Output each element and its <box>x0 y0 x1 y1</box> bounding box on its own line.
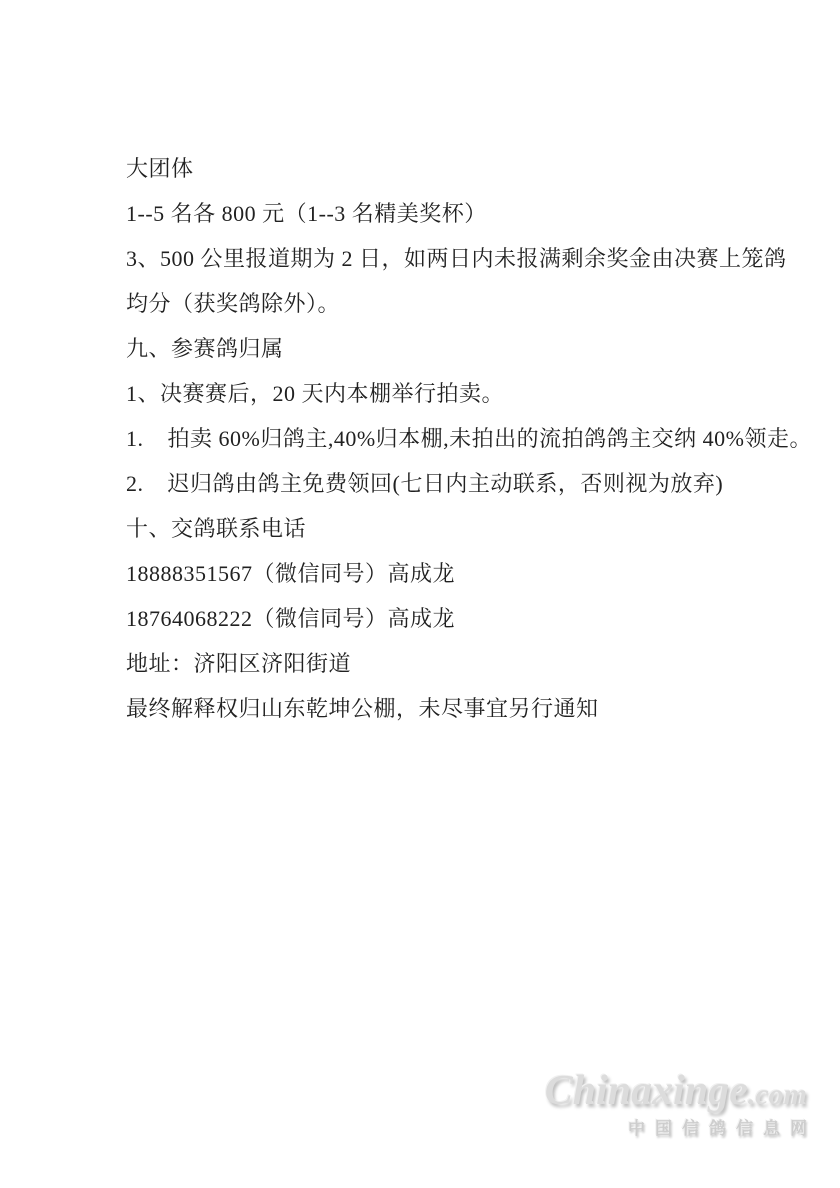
text-line: 18764068222（微信同号）高成龙 <box>126 596 726 641</box>
text-line: 九、参赛鸽归属 <box>126 326 726 371</box>
document-body: 大团体 1--5 名各 800 元（1--3 名精美奖杯） 3、500 公里报道… <box>126 146 726 731</box>
watermark-subtitle: 中国信鸽信息网 <box>545 1119 817 1139</box>
document-page: 大团体 1--5 名各 800 元（1--3 名精美奖杯） 3、500 公里报道… <box>0 0 840 1188</box>
watermark-logo: Chinaxinge.com <box>545 1070 807 1116</box>
text-line: 1--5 名各 800 元（1--3 名精美奖杯） <box>126 191 726 236</box>
text-line: 大团体 <box>126 146 726 191</box>
text-line: 均分（获奖鸽除外）。 <box>126 281 726 326</box>
text-line: 1、决赛赛后，20 天内本棚举行拍卖。 <box>126 371 726 416</box>
text-line: 地址：济阳区济阳街道 <box>126 641 726 686</box>
text-line: 最终解释权归山东乾坤公棚，未尽事宜另行通知 <box>126 686 726 731</box>
text-line: 18888351567（微信同号）高成龙 <box>126 551 726 596</box>
text-line: 3、500 公里报道期为 2 日，如两日内未报满剩余奖金由决赛上笼鸽 <box>126 236 726 281</box>
watermark-logo-text: Chinaxinge <box>545 1068 748 1114</box>
text-line: 2. 迟归鸽由鸽主免费领回(七日内主动联系，否则视为放弃) <box>126 461 726 506</box>
chinaxinge-watermark: Chinaxinge.com 中国信鸽信息网 <box>545 1070 807 1139</box>
watermark-logo-suffix: .com <box>748 1078 807 1111</box>
text-line: 1. 拍卖 60%归鸽主,40%归本棚,未拍出的流拍鸽鸽主交纳 40%领走。 <box>126 416 726 461</box>
text-line: 十、交鸽联系电话 <box>126 506 726 551</box>
